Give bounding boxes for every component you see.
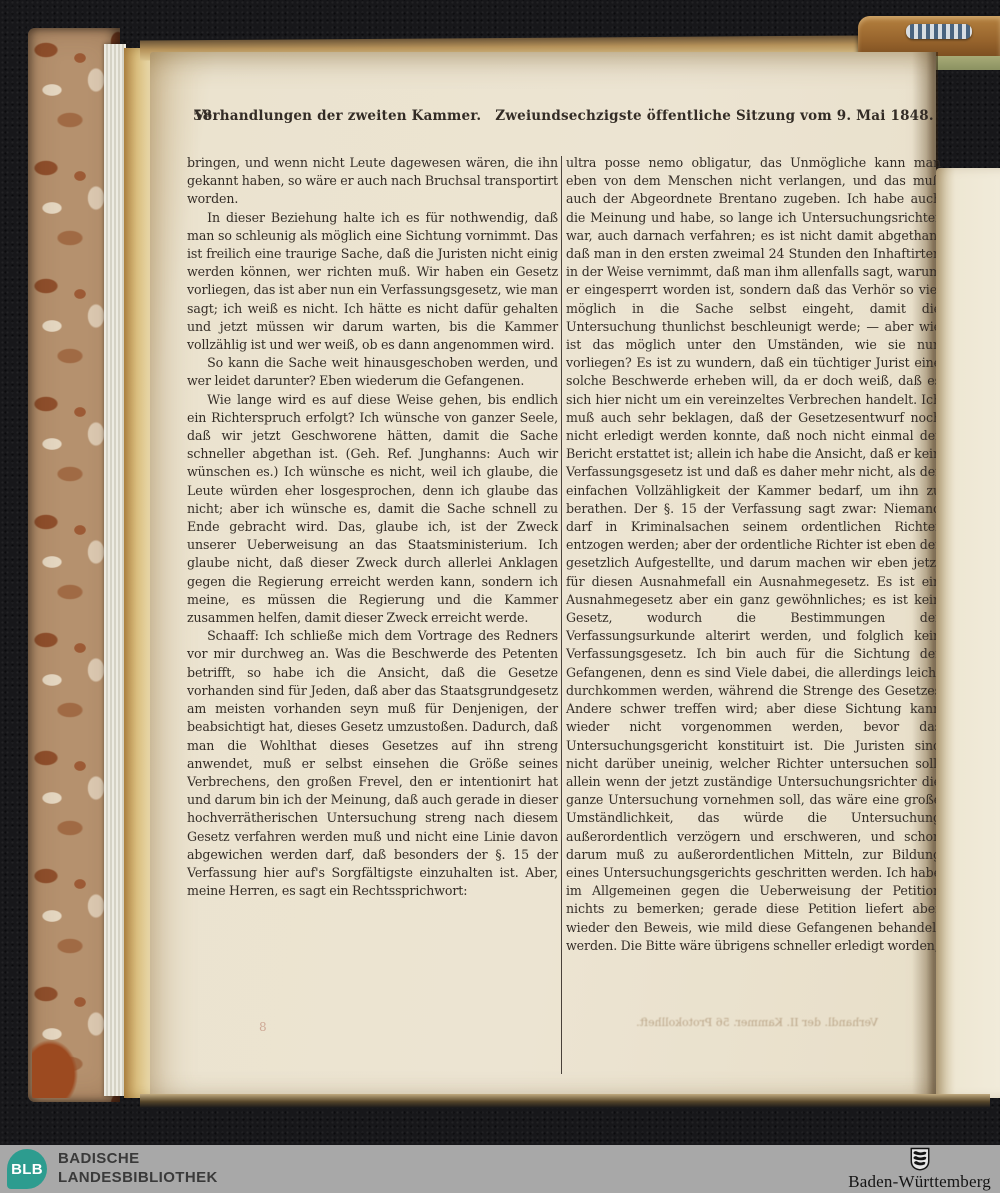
right-column: ultra posse nemo obligatur, das Unmöglic… <box>566 154 941 1074</box>
paragraph: ultra posse nemo obligatur, das Unmöglic… <box>566 154 941 955</box>
page-content: 58 Verhandlungen der zweiten Kammer.Zwei… <box>187 108 941 1074</box>
library-name: BADISCHE LANDESBIBLIOTHEK <box>58 1150 218 1188</box>
session-title: Zweiundsechzigste öffentliche Sitzung vo… <box>495 108 933 124</box>
library-name-line1: BADISCHE <box>58 1150 218 1169</box>
book-headband <box>906 24 972 39</box>
paragraph: Schaaff: Ich schließe mich dem Vortrage … <box>187 627 558 900</box>
library-footer-bar: BLB BADISCHE LANDESBIBLIOTHEK Baden-Würt… <box>0 1145 1000 1193</box>
left-column: bringen, und wenn nicht Leute dagewesen … <box>187 154 558 1074</box>
blb-logo-icon: BLB <box>7 1149 47 1189</box>
book-fore-edge <box>104 44 126 1096</box>
signature-mark: 8 <box>259 1020 267 1034</box>
baden-wuerttemberg-coat-of-arms-icon <box>909 1147 931 1171</box>
state-name: Baden-Württemberg <box>848 1172 991 1192</box>
paragraph: Wie lange wird es auf diese Weise gehen,… <box>187 391 558 628</box>
column-divider-rule <box>561 156 562 1074</box>
library-name-line2: LANDESBIBLIOTHEK <box>58 1169 218 1188</box>
page-header: 58 Verhandlungen der zweiten Kammer.Zwei… <box>187 108 941 130</box>
page-number: 58 <box>193 108 212 124</box>
paragraph: bringen, und wenn nicht Leute dagewesen … <box>187 154 558 209</box>
blb-logo-text: BLB <box>11 1161 43 1178</box>
paragraph: In dieser Beziehung halte ich es für not… <box>187 209 558 355</box>
book-cover-corner-wear <box>32 1020 92 1098</box>
text-columns: bringen, und wenn nicht Leute dagewesen … <box>187 154 941 1074</box>
running-title: Verhandlungen der zweiten Kammer. <box>194 108 481 124</box>
state-brand: Baden-Württemberg <box>848 1147 991 1192</box>
bleedthrough-text: Verhandl. der II. Kammer. 56 Protokollhe… <box>607 1016 907 1029</box>
scanned-page: 58 Verhandlungen der zweiten Kammer.Zwei… <box>150 52 936 1100</box>
facing-page-edge <box>936 168 1000 1098</box>
book-bottom-edge <box>140 1094 990 1108</box>
digitized-book-scan-view: 58 Verhandlungen der zweiten Kammer.Zwei… <box>0 0 1000 1193</box>
paragraph: So kann die Sache weit hinausgeschoben w… <box>187 354 558 390</box>
